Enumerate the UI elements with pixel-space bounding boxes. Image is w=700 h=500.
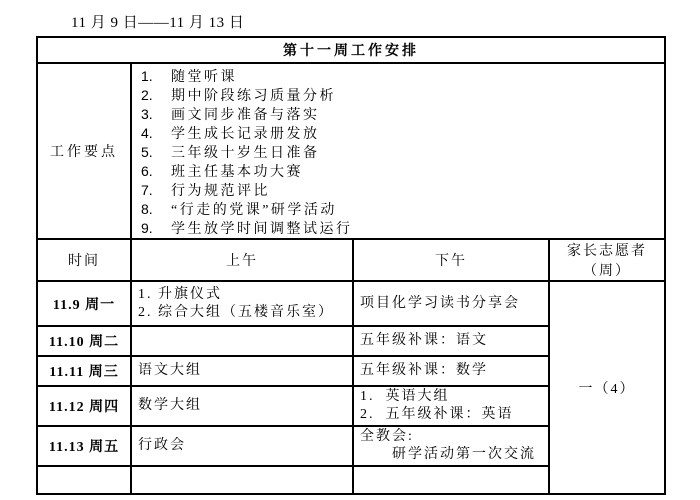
- volunteers-cell: 一（4）: [549, 281, 665, 494]
- work-point-number: 5.: [141, 143, 171, 162]
- document-page: 11 月 9 日——11 月 13 日 第十一周工作安排 工作要点 1.随堂听课…: [0, 0, 700, 500]
- morning-line: 数学大组: [138, 397, 348, 415]
- work-point-text: 学生成长记录册发放: [171, 125, 320, 144]
- work-points-list: 1.随堂听课 2.期中阶段练习质量分析 3.画文同步准备与落实 4.学生成长记录…: [131, 63, 665, 239]
- column-header-row: 时间 上午 下午 家长志愿者（周）: [37, 239, 665, 281]
- afternoon-cell-empty: [353, 466, 549, 494]
- table-title: 第十一周工作安排: [37, 37, 665, 63]
- work-point-text: “行走的党课”研学活动: [171, 201, 337, 220]
- afternoon-cell: 五年级补课：数学: [353, 356, 549, 386]
- work-point-text: 学生放学时间调整试运行: [171, 220, 353, 239]
- afternoon-line: 全教会:: [360, 428, 544, 446]
- work-point-item: 6.班主任基本功大赛: [141, 162, 660, 181]
- work-point-number: 2.: [141, 86, 171, 105]
- work-point-text: 期中阶段练习质量分析: [171, 87, 336, 106]
- work-point-item: 9.学生放学时间调整试运行: [141, 219, 660, 238]
- work-point-item: 3.画文同步准备与落实: [141, 105, 660, 124]
- morning-cell-empty: [131, 326, 353, 356]
- time-cell: 11.13 周五: [37, 426, 131, 466]
- work-points-label: 工作要点: [37, 63, 131, 239]
- morning-line: 语文大组: [138, 362, 348, 380]
- work-point-item: 5.三年级十岁生日准备: [141, 143, 660, 162]
- afternoon-line: 五年级补课：数学: [360, 362, 544, 380]
- time-cell: 11.11 周三: [37, 356, 131, 386]
- morning-cell-empty: [131, 466, 353, 494]
- afternoon-line: 项目化学习读书分享会: [360, 295, 544, 313]
- weekly-schedule-table: 第十一周工作安排 工作要点 1.随堂听课 2.期中阶段练习质量分析 3.画文同步…: [36, 36, 666, 495]
- work-point-item: 4.学生成长记录册发放: [141, 124, 660, 143]
- work-point-number: 7.: [141, 181, 171, 200]
- morning-line: 1. 升旗仪式: [138, 286, 348, 304]
- time-cell-empty: [37, 466, 131, 494]
- header-time: 时间: [37, 239, 131, 281]
- work-point-text: 行为规范评比: [171, 182, 270, 201]
- schedule-row-monday: 11.9 周一 1. 升旗仪式 2. 综合大组（五楼音乐室） 项目化学习读书分享…: [37, 281, 665, 326]
- work-point-item: 1.随堂听课: [141, 67, 660, 86]
- title-row: 第十一周工作安排: [37, 37, 665, 63]
- work-point-number: 8.: [141, 200, 171, 219]
- time-cell: 11.12 周四: [37, 386, 131, 426]
- afternoon-cell: 1. 英语大组 2. 五年级补课：英语: [353, 386, 549, 426]
- work-point-text: 班主任基本功大赛: [171, 163, 303, 182]
- time-cell: 11.10 周二: [37, 326, 131, 356]
- afternoon-cell: 全教会: 研学活动第一次交流: [353, 426, 549, 466]
- work-point-text: 画文同步准备与落实: [171, 106, 320, 125]
- work-point-number: 3.: [141, 105, 171, 124]
- work-point-item: 7.行为规范评比: [141, 181, 660, 200]
- afternoon-line: 2. 五年级补课：英语: [360, 406, 544, 424]
- morning-line: 行政会: [138, 437, 348, 455]
- work-point-item: 2.期中阶段练习质量分析: [141, 86, 660, 105]
- work-points-row: 工作要点 1.随堂听课 2.期中阶段练习质量分析 3.画文同步准备与落实 4.学…: [37, 63, 665, 239]
- work-point-text: 三年级十岁生日准备: [171, 144, 320, 163]
- time-cell: 11.9 周一: [37, 281, 131, 326]
- work-point-number: 6.: [141, 162, 171, 181]
- work-point-number: 1.: [141, 67, 171, 86]
- afternoon-line: 1. 英语大组: [360, 388, 544, 406]
- morning-cell: 1. 升旗仪式 2. 综合大组（五楼音乐室）: [131, 281, 353, 326]
- afternoon-cell: 五年级补课：语文: [353, 326, 549, 356]
- header-morning: 上午: [131, 239, 353, 281]
- work-point-text: 随堂听课: [171, 68, 237, 87]
- header-afternoon: 下午: [353, 239, 549, 281]
- work-point-number: 4.: [141, 124, 171, 143]
- morning-line: 2. 综合大组（五楼音乐室）: [138, 304, 348, 322]
- afternoon-line: 五年级补课：语文: [360, 332, 544, 350]
- work-point-number: 9.: [141, 219, 171, 238]
- header-volunteers: 家长志愿者（周）: [549, 239, 665, 281]
- afternoon-cell: 项目化学习读书分享会: [353, 281, 549, 326]
- morning-cell: 语文大组: [131, 356, 353, 386]
- afternoon-line: 研学活动第一次交流: [360, 446, 544, 464]
- morning-cell: 数学大组: [131, 386, 353, 426]
- morning-cell: 行政会: [131, 426, 353, 466]
- date-range-text: 11 月 9 日——11 月 13 日: [71, 11, 244, 32]
- work-point-item: 8.“行走的党课”研学活动: [141, 200, 660, 219]
